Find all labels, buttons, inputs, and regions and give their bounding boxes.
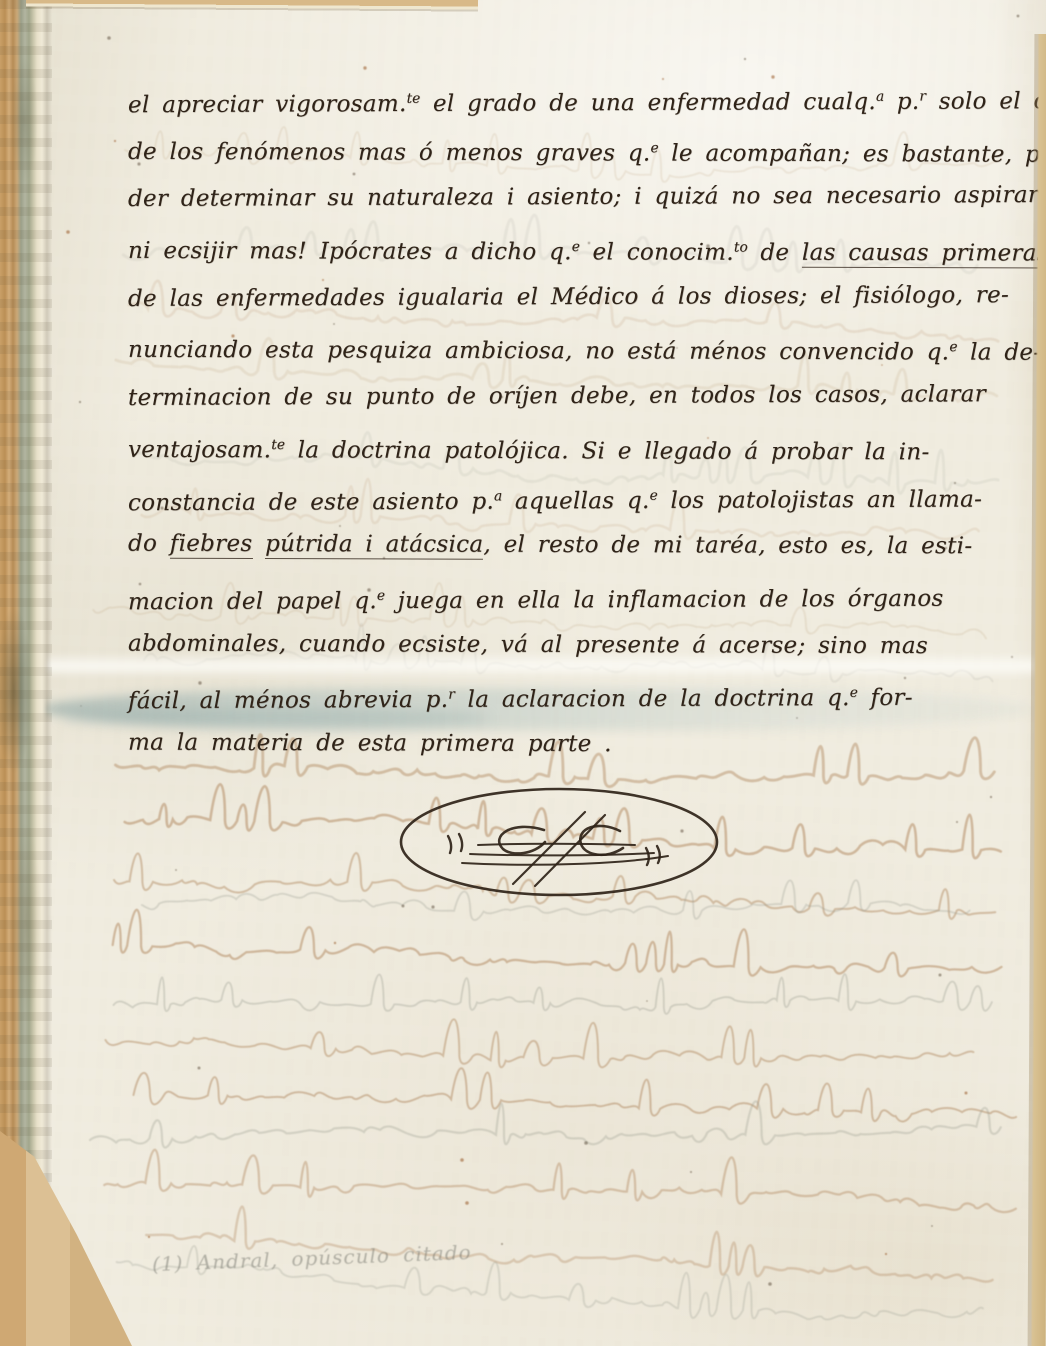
text-segment: el apreciar vigorosam. [128, 91, 407, 118]
superscript-abbrev: e [850, 685, 858, 701]
text-line: terminacion de su punto de oríjen debe, … [128, 370, 1030, 424]
text-segment: ma la materia de esta primera parte . [128, 730, 612, 758]
text-segment: solo el cotejo [926, 88, 1046, 115]
text-line: do fiebres pútrida i atácsica, el resto … [128, 520, 1030, 573]
text-segment: for- [858, 685, 913, 711]
text-segment: der determinar su naturaleza i asiento; … [128, 182, 1039, 212]
text-segment: do [128, 531, 170, 557]
text-segment: ni ecsijir mas! Ipócrates a dicho q. [128, 238, 572, 265]
text-segment [252, 531, 265, 557]
underlined-phrase: pútrida i atácsica [265, 531, 483, 560]
superscript-abbrev: te [407, 91, 421, 107]
text-segment: terminacion de su punto de oríjen debe, … [128, 381, 986, 411]
text-segment: de los fenómenos mas ó menos graves q. [128, 139, 651, 167]
text-line: ma la materia de esta primera parte . [128, 719, 1030, 772]
text-segment: macion del papel q. [128, 588, 377, 615]
text-segment: la aclaracion de la doctrina q. [455, 685, 850, 713]
text-line: ni ecsijir mas! Ipócrates a dicho q.e el… [128, 222, 1030, 275]
manuscript-scan-page: el apreciar vigorosam.te el grado de una… [0, 0, 1046, 1346]
superscript-abbrev: e [650, 487, 658, 503]
text-segment: p. [884, 89, 919, 115]
underlined-phrase: fiebres [170, 531, 253, 559]
text-segment: le acompañan; es bastante, po- [659, 140, 1046, 167]
superscript-abbrev: e [377, 588, 385, 604]
underlined-phrase: las causas primeras [802, 240, 1046, 269]
text-line: ventajosam.te la doctrina patolójica. Si… [128, 420, 1030, 473]
text-line: abdominales, cuando ecsiste, vá al prese… [128, 619, 1030, 672]
superscript-abbrev: e [572, 239, 580, 255]
superscript-abbrev: e [650, 140, 658, 156]
text-segment: aquellas q. [502, 487, 649, 514]
text-segment: el conocim. [580, 239, 734, 265]
text-segment: nunciando esta pesquiza ambiciosa, no es… [128, 337, 949, 366]
text-line: nunciando esta pesquiza ambiciosa, no es… [128, 321, 1030, 374]
text-line: der determinar su naturaleza i asiento; … [128, 171, 1030, 225]
superscript-abbrev: to [734, 240, 748, 256]
superscript-abbrev: e [949, 340, 957, 356]
text-segment: juega en ella la inflamacion de los órga… [385, 586, 944, 614]
superscript-abbrev: a [876, 89, 884, 105]
manuscript-text: el apreciar vigorosam.te el grado de una… [128, 74, 1030, 770]
text-segment: abdominales, cuando ecsiste, vá al prese… [128, 630, 928, 659]
text-line: macion del papel q.e juega en ella la in… [128, 569, 1030, 623]
text-segment: ventajosam. [128, 437, 271, 463]
text-line: el apreciar vigorosam.te el grado de una… [128, 72, 1030, 126]
text-line: fácil, al ménos abrevia p.r la aclaracio… [128, 668, 1030, 722]
text-segment: los patolojistas an llama- [658, 486, 982, 513]
text-segment: constancia de este asiento p. [128, 488, 494, 516]
text-segment: , el resto de mi taréa, esto es, la esti… [483, 532, 972, 560]
superscript-abbrev: te [271, 437, 285, 453]
text-segment: la de- [957, 340, 1041, 366]
text-segment: el grado de una enfermedad cualq. [420, 89, 876, 117]
text-segment: de las enfermedades igualaria el Médico … [128, 282, 1009, 312]
text-line: constancia de este asiento p.a aquellas … [128, 470, 1030, 524]
text-line: de los fenómenos mas ó menos graves q.e … [128, 122, 1030, 175]
calligraphic-flourish-icon [392, 784, 726, 904]
text-segment: de [748, 240, 802, 266]
text-line: de las enfermedades igualaria el Médico … [128, 271, 1030, 325]
text-segment: la doctrina patolójica. Si e llegado á p… [285, 437, 930, 465]
text-segment: fácil, al ménos abrevia p. [128, 687, 448, 714]
